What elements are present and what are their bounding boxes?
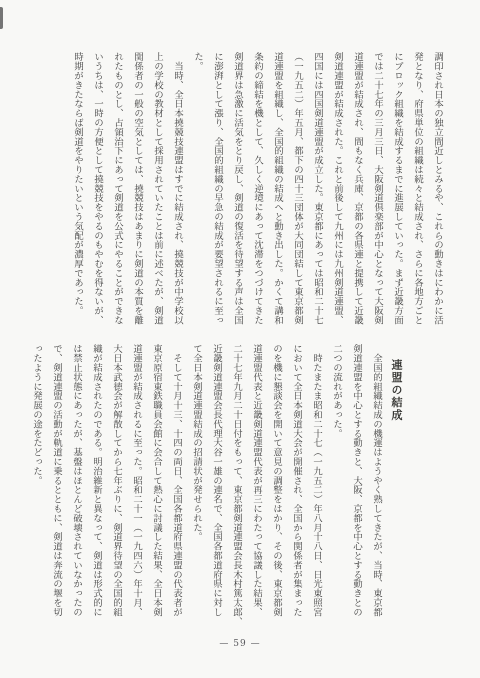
text-line: そして十月十三、十四の両日、全国各都道府県連盟の代表者が xyxy=(166,344,186,620)
text-line: いうちは、一時の方便として撓競技をやるのもやむを得ないが、 xyxy=(87,52,107,338)
text-line: 関係者の一般の空気としては、撓競技はあまりに剣道の本質を離 xyxy=(127,52,147,338)
page-number: — 59 — xyxy=(0,639,480,649)
text-line: 剣道連盟を中心とする動きと、大阪、京都を中心とする動きとの xyxy=(346,344,366,620)
text-line: 上の学校の教材として採用されていたことは前に述べたが、剣道 xyxy=(147,52,167,338)
text-line: 東京原宿東鉄職員会館に会合して熱心に討議した結果、全日本剣 xyxy=(146,344,166,620)
text-line: は禁止状態にあったが、基盤はほとんど破壊されていなかったの xyxy=(66,344,86,620)
text-line: 二つの流れがあった。 xyxy=(326,344,346,620)
text-line: 発となり、府県単位の組織は続々と結成され、さらに各地方ごと xyxy=(407,52,427,338)
text-line: に澎湃として漲り、全国的組織の早急の結成が要望されるに至っ xyxy=(207,52,227,338)
text-line: 織が結成されたのである。明治維新と異なって、剣道は形式的に xyxy=(86,344,106,620)
text-line: 剣道連盟が結成された。これと前後して九州には九州剣道連盟、 xyxy=(327,52,347,338)
text-line: 道連盟を組織し、全国的組織の結成へと動き出した。かくて講和 xyxy=(267,52,287,338)
text-line: 当時、全日本撓競技連盟はすでに結成され、撓競技が中学校以 xyxy=(167,52,187,338)
text-line: 条約の締結を機として、久しく逆境にあって沈滞をつづけてきた xyxy=(247,52,267,338)
text-line: ったように発展の途をたどった。 xyxy=(26,344,46,620)
text-line: 剣道界は急激に活気をとり戻し、剣道の復活を待望する声は全国 xyxy=(227,52,247,338)
text-line: （一九五二）年五月、都下の四十三団体が大同団結して東京都剣 xyxy=(287,52,307,338)
lower-text-band: 連盟の結成 全国的組織結成の機運はようやく熟してきたが、当時、東京都 剣道連盟を… xyxy=(27,344,447,620)
section-heading: 連盟の結成 xyxy=(386,344,407,620)
text-line: 大日本武徳会が解散してから七年ぶりに、剣道界待望の全国的組 xyxy=(106,344,126,620)
text-line: 時たまたま昭和二十七（一九五二）年八月十八日、日光東照宮 xyxy=(306,344,326,620)
text-line: れたものとし、占領治下にあって剣道を公式にやることができな xyxy=(107,52,127,338)
text-line: において全日本剣道大会が開催され、全国から関係者が集まった xyxy=(286,344,306,620)
text-line: 全国的組織結成の機運はようやく熟してきたが、当時、東京都 xyxy=(366,344,386,620)
scan-artifact xyxy=(0,7,3,29)
text-line: 二十七年九月二十日付をもって、東京都剣道連盟会長木村篤太郎、 xyxy=(226,344,246,620)
text-line: 道連盟が結成されるに至った。昭和二十一（一九四六）年十月、 xyxy=(126,344,146,620)
text-line: 近畿剣道連盟会長代理大谷一雄の連名で、全国各都道府県に対し xyxy=(206,344,226,620)
text-line: た。 xyxy=(187,52,207,338)
text-line: 時期がきたならば剣道をやりたいという気配が濃厚であった。 xyxy=(67,52,87,338)
upper-text-band: 調印され日本の独立間近しとみるや、これらの動きはにわかに活 発となり、府県単位の… xyxy=(67,52,447,338)
text-line: で、剣道連盟の活動が軌道に乗るとともに、剣道は奔流の堰を切 xyxy=(46,344,66,620)
text-line: 道連盟代表と近畿剣道連盟代表が再三にわたって協議した結果、 xyxy=(246,344,266,620)
text-line: て全日本剣道連盟結成の招請状が発せられた。 xyxy=(186,344,206,620)
text-line: では二十七年の三月三日、大阪剣道倶楽部が中心となって大阪剣 xyxy=(367,52,387,338)
text-line: のを機に懇談会を開いて意見の調整をはかり、その後、東京都剣 xyxy=(266,344,286,620)
scanned-book-page: 調印され日本の独立間近しとみるや、これらの動きはにわかに活 発となり、府県単位の… xyxy=(0,0,480,678)
text-line: 調印され日本の独立間近しとみるや、これらの動きはにわかに活 xyxy=(427,52,447,338)
text-line: にブロック組織を結成するまでに進展していった。まず近畿方面 xyxy=(387,52,407,338)
text-line: 四国には四国剣道連盟が成立した。東京都にあっては昭和二十七 xyxy=(307,52,327,338)
text-line: 道連盟が結成され、間もなく兵庫、京都の各県連と提携して近畿 xyxy=(347,52,367,338)
